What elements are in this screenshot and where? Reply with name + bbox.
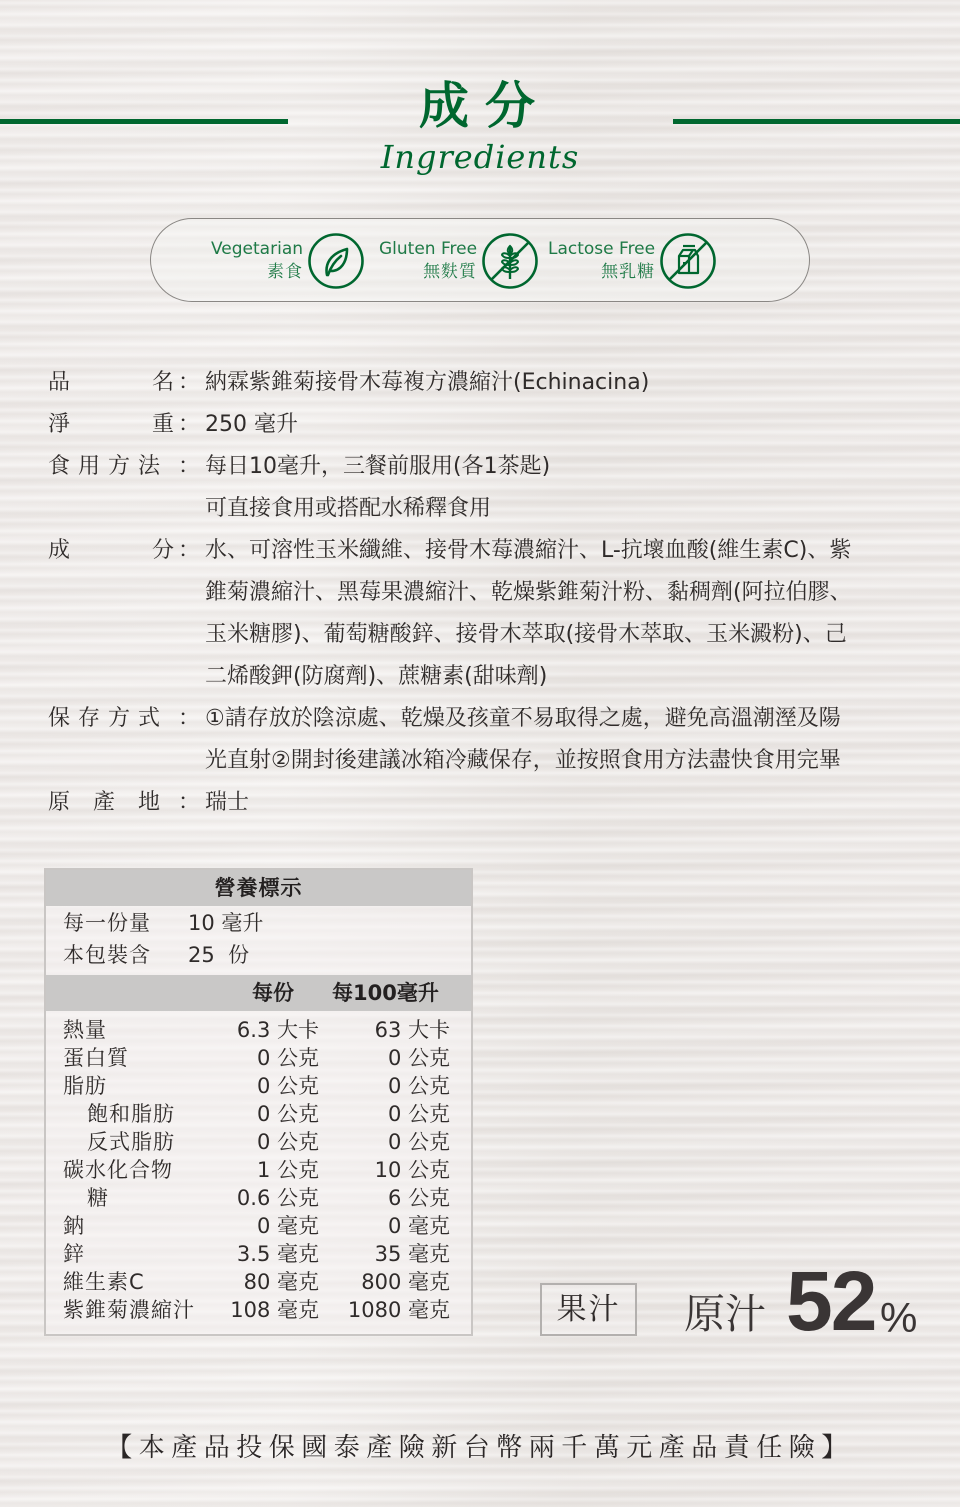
percent-sign: % bbox=[880, 1296, 917, 1340]
badge-label-en: Gluten Free bbox=[379, 238, 477, 261]
info-label: 食用方法 bbox=[48, 446, 160, 488]
no-milk-carton-icon bbox=[659, 232, 717, 290]
info-value: 水、可溶性玉米纖維、接骨木莓濃縮汁、L-抗壞血酸(維生素C)、紫 錐菊濃縮汁、黑… bbox=[205, 530, 940, 698]
badge-vegetarian: Vegetarian 素食 bbox=[211, 219, 365, 303]
diet-badges-panel: Vegetarian 素食 Gluten Free 無麩質 bbox=[150, 218, 810, 302]
info-label: 淨重 bbox=[48, 404, 188, 446]
nutrition-row: 反式脂肪0 公克0 公克 bbox=[46, 1128, 471, 1156]
info-value: ①請存放於陰涼處、乾燥及孩童不易取得之處，避免高溫潮溼及陽 光直射②開封後建議冰… bbox=[205, 698, 940, 782]
juice-percent-value: 52 bbox=[786, 1256, 875, 1346]
nutrition-column-header: 每份 每100毫升 bbox=[46, 975, 471, 1011]
leaf-icon bbox=[307, 232, 365, 290]
nutrition-row: 熱量6.3 大卡63 大卡 bbox=[46, 1016, 471, 1044]
badge-label-zh: 無乳糖 bbox=[548, 261, 655, 284]
info-value: 250 毫升 bbox=[205, 404, 940, 446]
info-label: 保存方式 bbox=[48, 698, 160, 740]
page-title: 成分 bbox=[0, 66, 960, 138]
nutrition-facts-table: 營養標示 每一份量10 毫升 本包裝含25 份 每份 每100毫升 熱量6.3 … bbox=[44, 868, 473, 1336]
badge-label-zh: 無麩質 bbox=[379, 261, 477, 284]
info-value: 瑞士 bbox=[205, 782, 940, 824]
insurance-notice: 【本產品投保國泰產險新台幣兩千萬元產品責任險】 bbox=[0, 1430, 960, 1466]
info-label: 成分 bbox=[48, 530, 188, 572]
juice-label-box: 果汁 bbox=[540, 1283, 637, 1336]
nutrition-row: 飽和脂肪0 公克0 公克 bbox=[46, 1100, 471, 1128]
badge-gluten-free: Gluten Free 無麩質 bbox=[379, 219, 539, 303]
nutrition-row: 糖0.6 公克6 公克 bbox=[46, 1184, 471, 1212]
nutrition-row: 碳水化合物1 公克10 公克 bbox=[46, 1156, 471, 1184]
nutrition-row: 紫錐菊濃縮汁108 毫克1080 毫克 bbox=[46, 1296, 471, 1324]
servings-per-package: 本包裝含25 份 bbox=[63, 940, 249, 970]
nutrition-row: 鈉0 毫克0 毫克 bbox=[46, 1212, 471, 1240]
juice-content-label: 原汁 bbox=[684, 1290, 766, 1338]
nutrition-row: 脂肪0 公克0 公克 bbox=[46, 1072, 471, 1100]
nutrition-title: 營養標示 bbox=[46, 870, 471, 906]
info-value: 每日10毫升，三餐前服用(各1茶匙) 可直接食用或搭配水稀釋食用 bbox=[205, 446, 940, 530]
page-subtitle: Ingredients bbox=[0, 138, 960, 176]
nutrition-row: 鋅3.5 毫克35 毫克 bbox=[46, 1240, 471, 1268]
nutrition-row: 維生素C80 毫克800 毫克 bbox=[46, 1268, 471, 1296]
badge-label-zh: 素食 bbox=[211, 261, 303, 284]
serving-size: 每一份量10 毫升 bbox=[63, 908, 263, 938]
badge-label-en: Vegetarian bbox=[211, 238, 303, 261]
badge-lactose-free: Lactose Free 無乳糖 bbox=[548, 219, 717, 303]
info-label: 品名 bbox=[48, 362, 188, 404]
info-label: 原產地 bbox=[48, 782, 160, 824]
info-value: 納霖紫錐菊接骨木莓複方濃縮汁(Echinacina) bbox=[205, 362, 940, 404]
badge-label-en: Lactose Free bbox=[548, 238, 655, 261]
nutrition-row: 蛋白質0 公克0 公克 bbox=[46, 1044, 471, 1072]
no-wheat-icon bbox=[481, 232, 539, 290]
